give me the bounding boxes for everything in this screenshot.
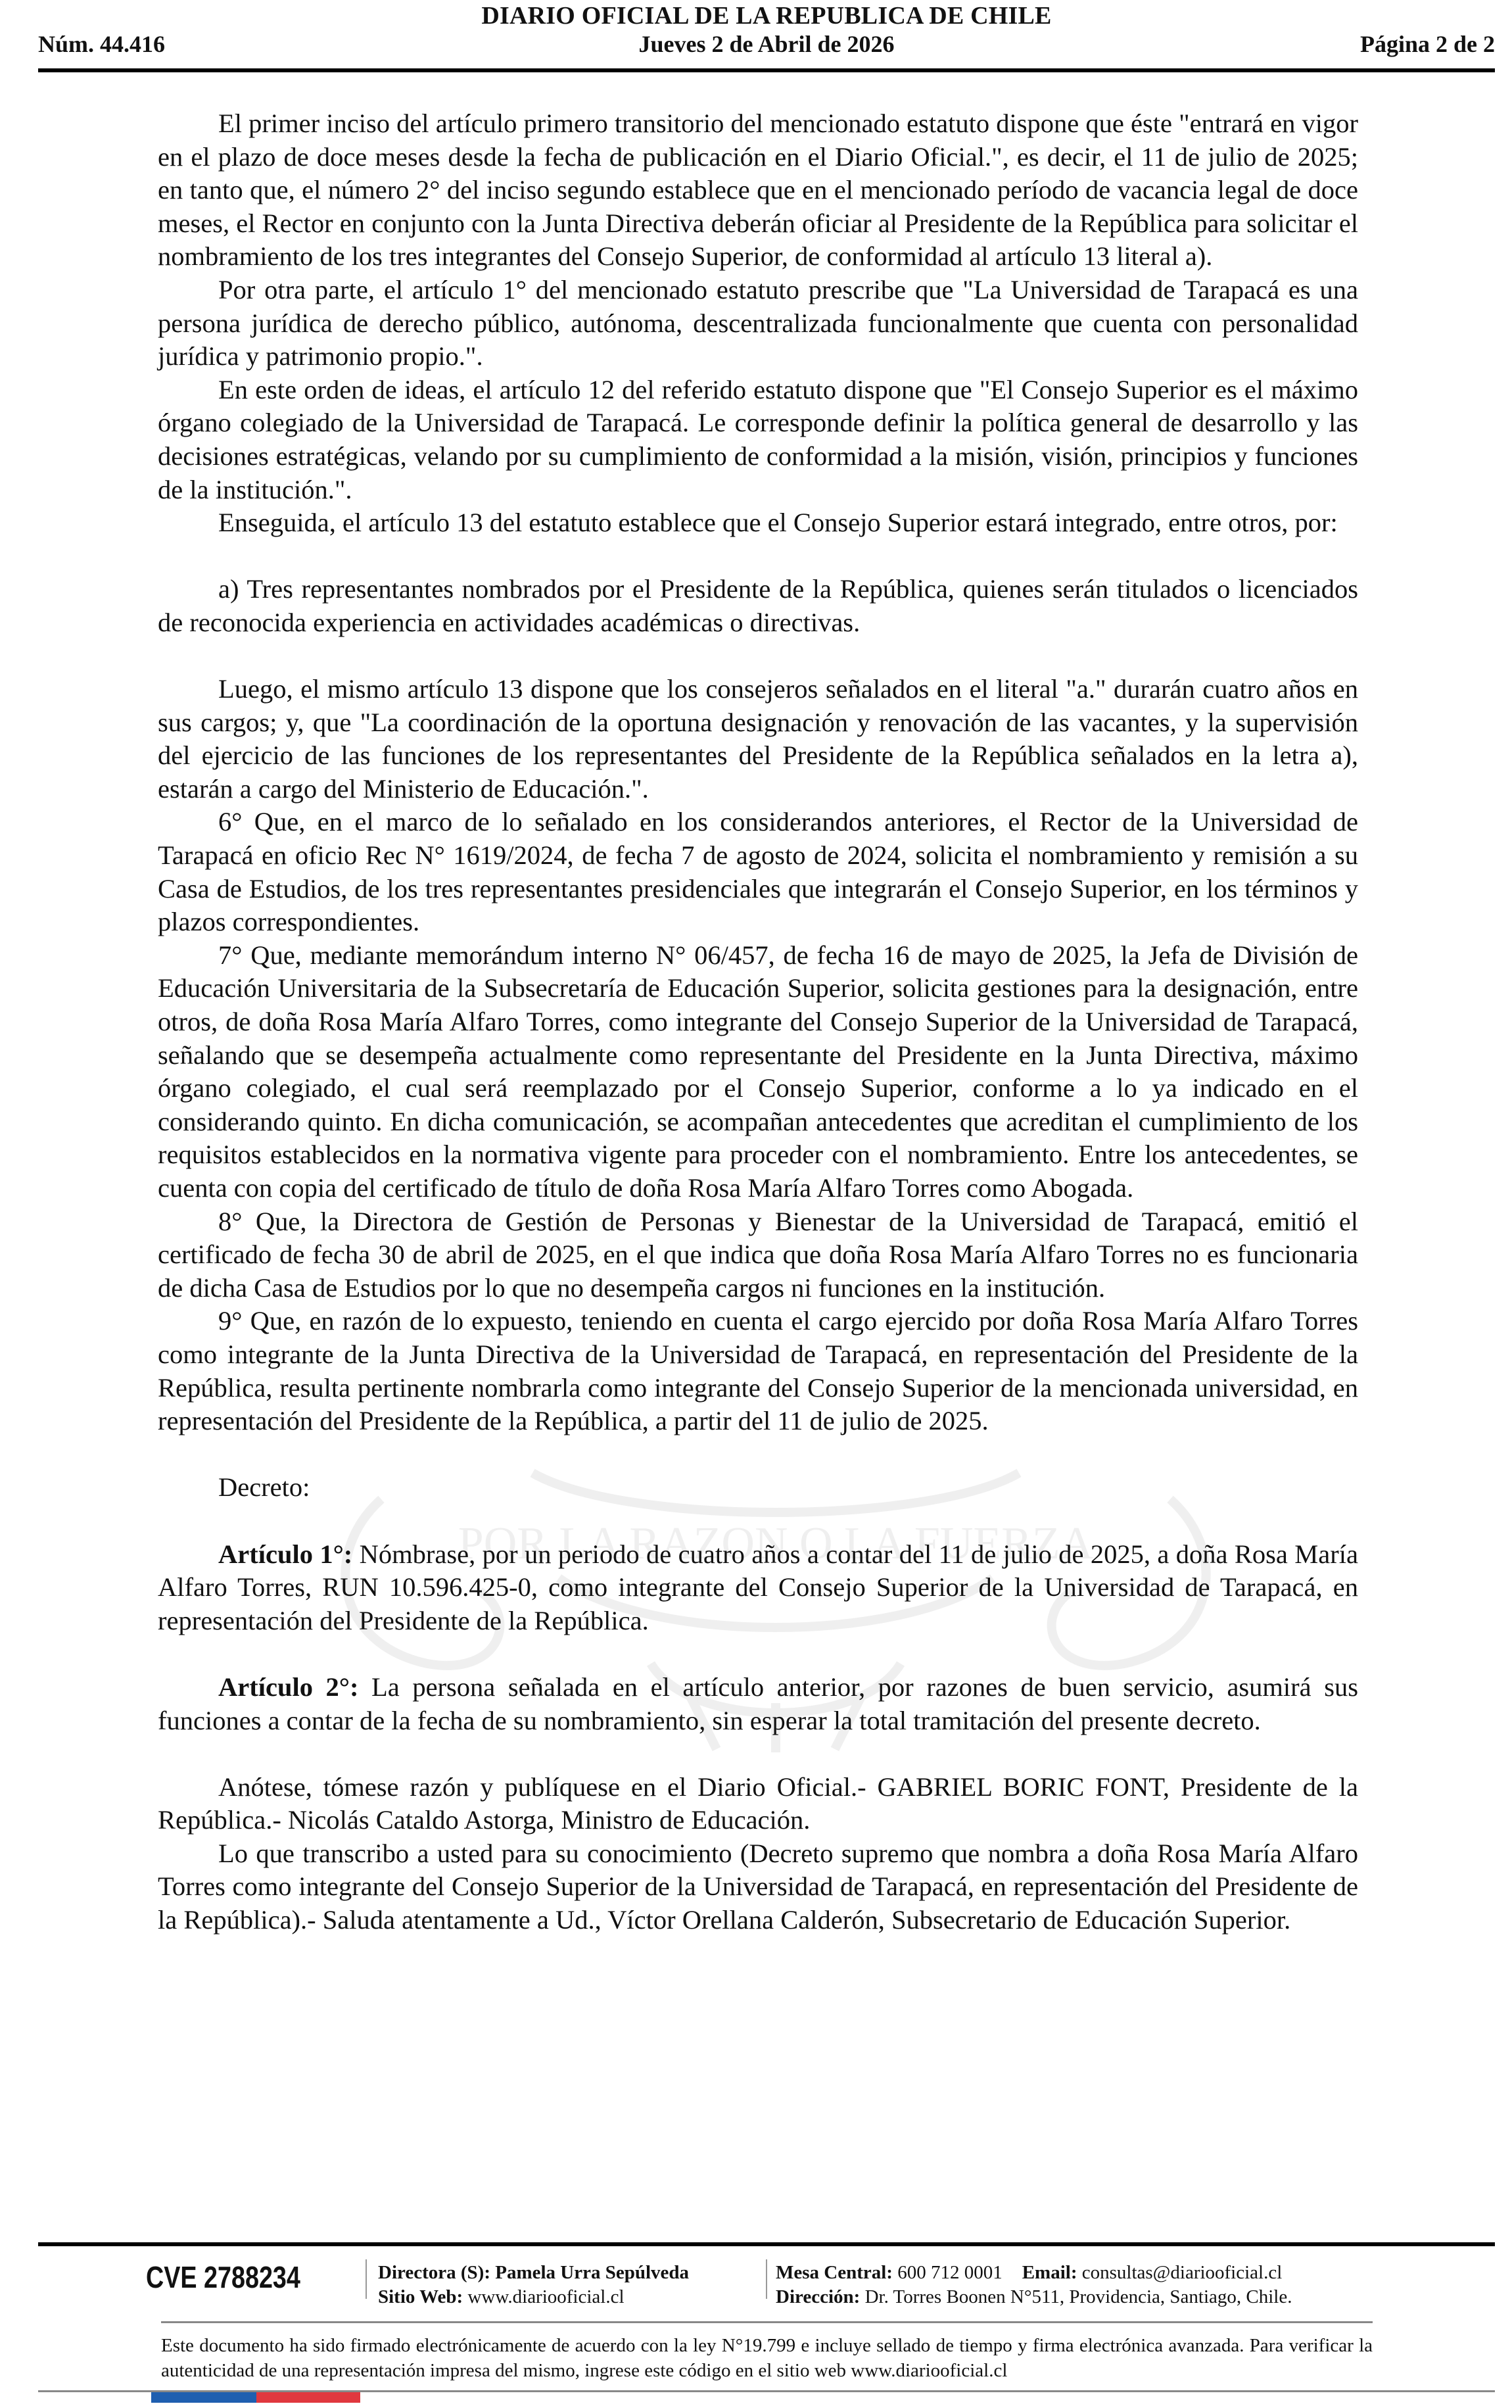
footer-separator bbox=[366, 2259, 367, 2299]
director-name: Pamela Urra Sepúlveda bbox=[490, 2262, 689, 2283]
director-label: Directora (S): bbox=[378, 2262, 490, 2283]
publication-title: DIARIO OFICIAL DE LA REPUBLICA DE CHILE bbox=[38, 1, 1495, 30]
considerando-9: 9° Que, en razón de lo expuesto, teniend… bbox=[158, 1305, 1358, 1437]
article-2-label: Artículo 2°: bbox=[218, 1672, 358, 1702]
address-value: Dr. Torres Boonen N°511, Providencia, Sa… bbox=[860, 2286, 1292, 2307]
page-footer: CVE 2788234 Directora (S): Pamela Urra S… bbox=[0, 2223, 1512, 2408]
issue-date: Jueves 2 de Abril de 2026 bbox=[38, 30, 1495, 58]
phone-value: 600 712 0001 bbox=[893, 2262, 1003, 2283]
footer-divider-top bbox=[38, 2242, 1495, 2246]
flag-stripe-red bbox=[256, 2392, 360, 2403]
quoted-literal-a: a) Tres representantes nombrados por el … bbox=[158, 573, 1358, 639]
cve-code: CVE 2788234 bbox=[146, 2259, 300, 2295]
page-header: DIARIO OFICIAL DE LA REPUBLICA DE CHILE … bbox=[38, 0, 1495, 72]
header-divider bbox=[38, 68, 1495, 72]
paragraph: Enseguida, el artículo 13 del estatuto e… bbox=[158, 506, 1358, 540]
footer-contact-left: Directora (S): Pamela Urra Sepúlveda Sit… bbox=[378, 2261, 689, 2309]
decreto-heading: Decreto: bbox=[158, 1471, 1358, 1505]
phone-label: Mesa Central: bbox=[776, 2262, 893, 2283]
paragraph: Luego, el mismo artículo 13 dispone que … bbox=[158, 673, 1358, 806]
website-link[interactable]: www.diariooficial.cl bbox=[463, 2286, 624, 2307]
paragraph: El primer inciso del artículo primero tr… bbox=[158, 107, 1358, 274]
address-label: Dirección: bbox=[776, 2286, 860, 2307]
considerando-8: 8° Que, la Directora de Gestión de Perso… bbox=[158, 1205, 1358, 1305]
footer-divider-middle bbox=[161, 2321, 1373, 2323]
closing-signatures: Anótese, tómese razón y publíquese en el… bbox=[158, 1771, 1358, 1837]
article-1-label: Artículo 1°: bbox=[218, 1539, 352, 1569]
footer-separator bbox=[766, 2259, 767, 2299]
website-label: Sitio Web: bbox=[378, 2286, 463, 2307]
footer-contact-right: Mesa Central: 600 712 0001Email: consult… bbox=[776, 2261, 1292, 2309]
considerando-7: 7° Que, mediante memorándum interno N° 0… bbox=[158, 939, 1358, 1205]
paragraph: En este orden de ideas, el artículo 12 d… bbox=[158, 373, 1358, 506]
article-2: Artículo 2°: La persona señalada en el a… bbox=[158, 1671, 1358, 1737]
flag-stripe-blue bbox=[151, 2392, 256, 2403]
document-body: El primer inciso del artículo primero tr… bbox=[158, 107, 1358, 1937]
page-indicator: Página 2 de 2 bbox=[1360, 30, 1495, 58]
article-1: Artículo 1°: Nómbrase, por un periodo de… bbox=[158, 1538, 1358, 1638]
email-link[interactable]: consultas@diariooficial.cl bbox=[1077, 2262, 1283, 2283]
electronic-signature-notice: Este documento ha sido firmado electróni… bbox=[161, 2333, 1373, 2383]
email-label: Email: bbox=[1022, 2262, 1077, 2283]
paragraph: Por otra parte, el artículo 1° del menci… bbox=[158, 274, 1358, 373]
closing-transcription: Lo que transcribo a usted para su conoci… bbox=[158, 1837, 1358, 1937]
considerando-6: 6° Que, en el marco de lo señalado en lo… bbox=[158, 806, 1358, 938]
